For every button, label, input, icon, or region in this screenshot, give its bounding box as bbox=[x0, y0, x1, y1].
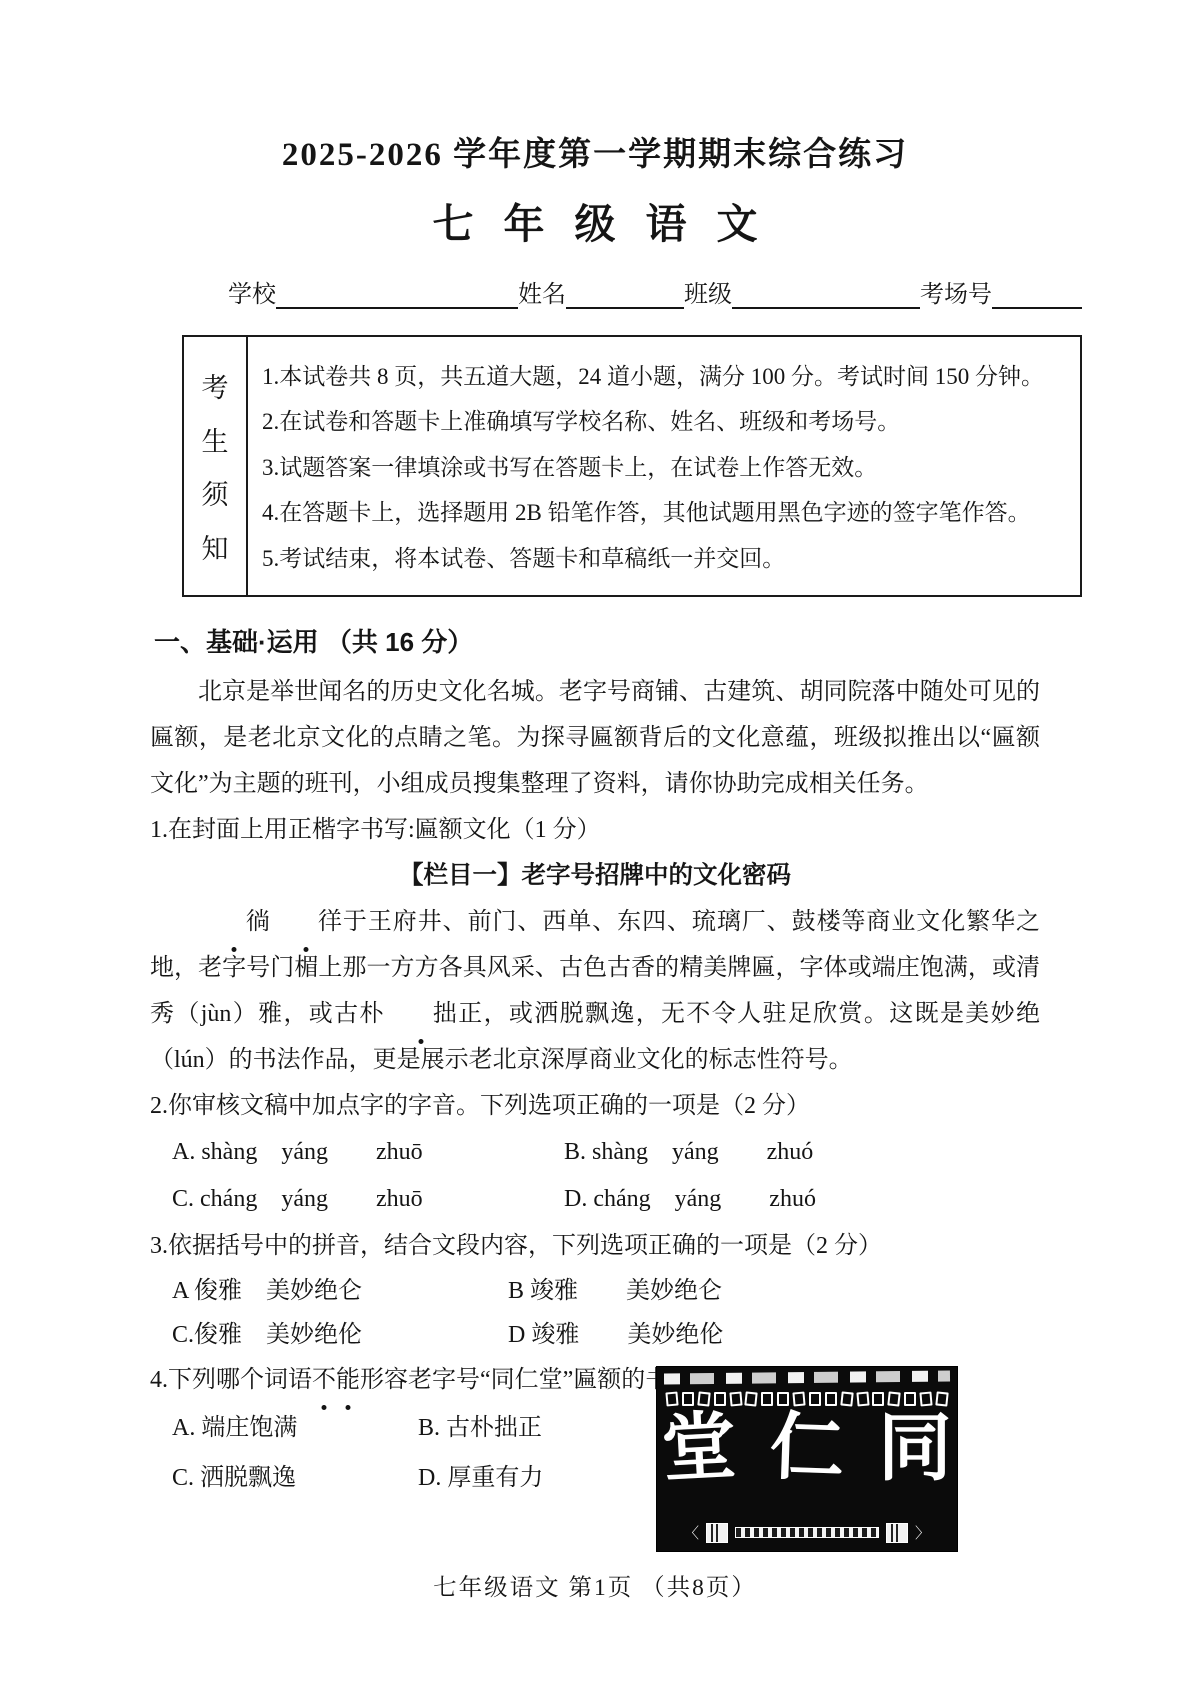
exam-paper-page: 2025-2026 学年度第一学期期末综合练习 七年级语文 学校 姓名 班级 考… bbox=[0, 0, 1190, 1692]
notice-side-char: 生 bbox=[202, 420, 229, 459]
question-1: 1.在封面上用正楷字书写:匾额文化（1 分） bbox=[150, 807, 1040, 853]
q3-option-a: A 俊雅 美妙绝仑 bbox=[172, 1269, 508, 1313]
option-letter: A. bbox=[172, 1415, 195, 1441]
option-text: 洒脱飘逸 bbox=[200, 1465, 296, 1491]
notice-side-label: 考 生 须 知 bbox=[184, 337, 248, 595]
notice-items: 1.本试卷共 8 页，共五道大题，24 道小题，满分 100 分。考试时间 15… bbox=[248, 337, 1080, 595]
question-2-options: A. shàng yáng zhuō B. shàng yáng zhuó C.… bbox=[172, 1129, 1040, 1223]
q2-option-c: C. cháng yáng zhuō bbox=[172, 1176, 564, 1223]
class-label: 班级 bbox=[684, 274, 732, 309]
option-text: shàng yáng zhuó bbox=[592, 1139, 813, 1165]
notice-item-2: 2.在试卷和答题卡上准确填写学校名称、姓名、班级和考场号。 bbox=[262, 407, 1076, 437]
notice-item-4: 4.在答题卡上，选择题用 2B 铅笔作答，其他试题用黑色字迹的签字笔作答。 bbox=[262, 498, 1076, 528]
option-letter: D. bbox=[564, 1186, 587, 1212]
school-label: 学校 bbox=[228, 274, 276, 309]
tongrentang-plaque-image: 堂 仁 同 〈 〉 bbox=[656, 1366, 958, 1552]
question-3-stem: 3.依据括号中的拼音，结合文段内容，下列选项正确的一项是（2 分） bbox=[150, 1223, 1040, 1269]
plaque-ornament-squares bbox=[657, 1392, 957, 1406]
school-blank-line bbox=[276, 279, 518, 309]
option-text: 俊雅 美妙绝伦 bbox=[194, 1322, 362, 1348]
examinee-notice-box: 考 生 须 知 1.本试卷共 8 页，共五道大题，24 道小题，满分 100 分… bbox=[182, 335, 1082, 597]
plaque-seal-row: 〈 〉 bbox=[657, 1522, 957, 1543]
plaque-character: 仁 bbox=[769, 1407, 846, 1492]
option-letter: C. bbox=[172, 1322, 194, 1348]
option-text: shàng yáng zhuō bbox=[201, 1139, 422, 1165]
option-letter: B bbox=[508, 1278, 524, 1304]
q3-option-c: C.俊雅 美妙绝伦 bbox=[172, 1313, 508, 1357]
option-letter: C. bbox=[172, 1186, 194, 1212]
option-letter: D bbox=[508, 1322, 525, 1348]
decor-mark: 〉 bbox=[915, 1522, 930, 1543]
option-text: cháng yáng zhuō bbox=[200, 1186, 423, 1212]
q4-option-c: C. 洒脱飘逸 bbox=[172, 1453, 418, 1503]
option-text: 竣雅 美妙绝伦 bbox=[531, 1322, 723, 1348]
q4-option-a: A. 端庄饱满 bbox=[172, 1403, 418, 1453]
student-info-line: 学校 姓名 班级 考场号 bbox=[228, 274, 1040, 309]
exam-room-label: 考场号 bbox=[920, 274, 992, 309]
decor-mark: 〈 bbox=[684, 1522, 699, 1543]
class-blank-line bbox=[732, 279, 920, 309]
q3-option-d: D 竣雅 美妙绝伦 bbox=[508, 1313, 1040, 1357]
notice-item-5: 5.考试结束，将本试卷、答题卡和草稿纸一并交回。 bbox=[262, 544, 1076, 574]
option-text: 厚重有力 bbox=[447, 1465, 543, 1491]
option-text: 竣雅 美妙绝仑 bbox=[530, 1278, 722, 1304]
plaque-top-frieze bbox=[664, 1371, 950, 1385]
notice-side-char: 知 bbox=[202, 527, 229, 566]
plaque-calligraphy: 堂 仁 同 bbox=[657, 1408, 957, 1490]
q2-option-a: A. shàng yáng zhuō bbox=[172, 1129, 564, 1176]
intro-paragraph: 北京是举世闻名的历史文化名城。老字号商铺、古建筑、胡同院落中随处可见的匾额，是老… bbox=[150, 669, 1040, 807]
option-text: cháng yáng zhuó bbox=[593, 1186, 816, 1212]
name-label: 姓名 bbox=[518, 274, 566, 309]
name-blank-line bbox=[566, 279, 684, 309]
plaque-seal-left bbox=[706, 1523, 728, 1543]
plaque-character: 堂 bbox=[660, 1406, 738, 1492]
plaque-character: 同 bbox=[878, 1408, 952, 1490]
notice-item-3: 3.试题答案一律填涂或书写在答题卡上，在试卷上作答无效。 bbox=[262, 453, 1076, 483]
q2-option-d: D. cháng yáng zhuó bbox=[564, 1176, 1040, 1223]
option-letter: D. bbox=[418, 1465, 441, 1491]
question-3-options: A 俊雅 美妙绝仑 B 竣雅 美妙绝仑 C.俊雅 美妙绝伦 D 竣雅 美妙绝伦 bbox=[172, 1269, 1040, 1357]
exam-room-blank-line bbox=[992, 279, 1082, 309]
q3-option-b: B 竣雅 美妙绝仑 bbox=[508, 1269, 1040, 1313]
page-footer: 七年级语文 第1页 （共8页） bbox=[0, 1568, 1190, 1602]
exam-title: 2025-2026 学年度第一学期期末综合练习 bbox=[150, 128, 1040, 175]
notice-side-char: 须 bbox=[202, 473, 229, 512]
column-1-header: 【栏目一】老字号招牌中的文化密码 bbox=[150, 853, 1040, 899]
question-4-options: A. 端庄饱满 B. 古朴拙正 C. 洒脱飘逸 D. 厚重有力 bbox=[172, 1403, 732, 1503]
option-letter: C. bbox=[172, 1465, 194, 1491]
option-text: 古朴拙正 bbox=[446, 1415, 542, 1441]
option-text: 俊雅 美妙绝仑 bbox=[194, 1278, 362, 1304]
plaque-inscription-bar bbox=[735, 1527, 879, 1538]
notice-side-char: 考 bbox=[202, 366, 229, 405]
option-letter: B. bbox=[564, 1139, 586, 1165]
question-2-stem: 2.你审核文稿中加点字的字音。下列选项正确的一项是（2 分） bbox=[150, 1083, 1040, 1129]
notice-item-1: 1.本试卷共 8 页，共五道大题，24 道小题，满分 100 分。考试时间 15… bbox=[262, 362, 1076, 392]
option-letter: A. bbox=[172, 1139, 195, 1165]
q2-option-b: B. shàng yáng zhuó bbox=[564, 1129, 1040, 1176]
option-text: 端庄饱满 bbox=[201, 1415, 297, 1441]
option-letter: B. bbox=[418, 1415, 440, 1441]
subject-title: 七年级语文 bbox=[150, 191, 1040, 250]
passage-paragraph: 徜徉于王府井、前门、西单、东四、琉璃厂、鼓楼等商业文化繁华之地，老字号门楣上那一… bbox=[150, 899, 1040, 1083]
plaque-seal-right bbox=[886, 1523, 908, 1543]
section-1-heading: 一、基础·运用 （共 16 分） bbox=[154, 625, 1040, 659]
option-letter: A bbox=[172, 1278, 188, 1304]
